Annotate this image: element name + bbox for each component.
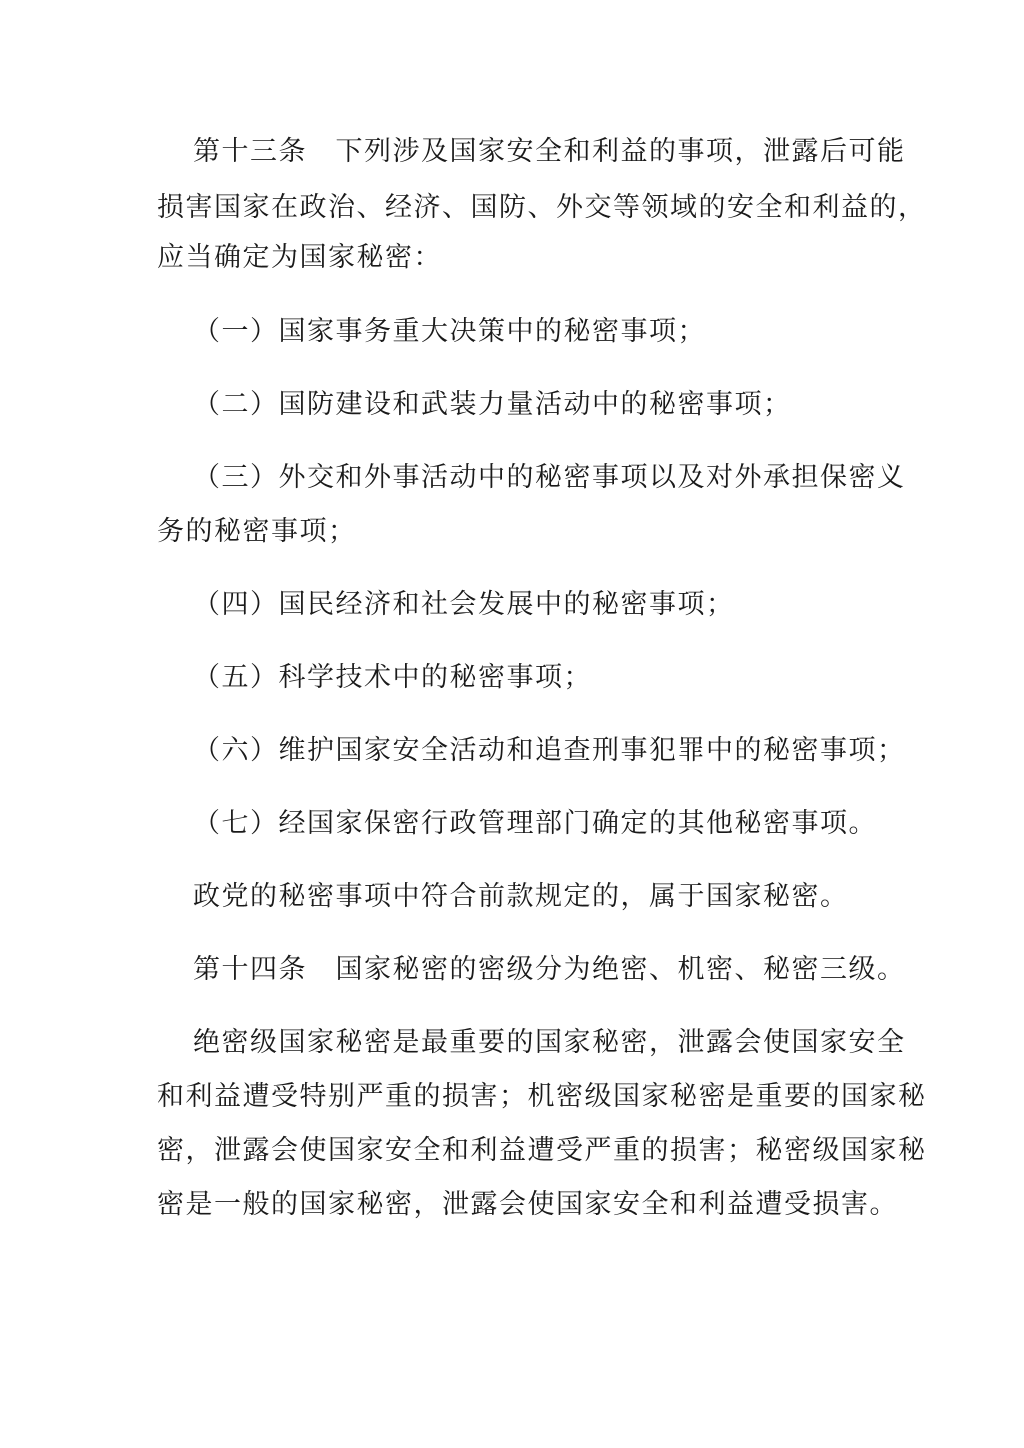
item-3-line-2: 务的秘密事项； (157, 512, 869, 552)
classification-paragraph-line-4: 密是一般的国家秘密，泄露会使国家安全和利益遭受损害。 (157, 1185, 869, 1225)
party-secrets-paragraph: 政党的秘密事项中符合前款规定的，属于国家秘密。 (193, 877, 905, 917)
item-5: （五）科学技术中的秘密事项； (193, 658, 905, 698)
classification-paragraph-line-2: 和利益遭受特别严重的损害；机密级国家秘密是重要的国家秘 (157, 1077, 869, 1117)
article-13-line-3: 应当确定为国家秘密： (157, 238, 869, 278)
item-6: （六）维护国家安全活动和追查刑事犯罪中的秘密事项； (193, 731, 905, 771)
classification-paragraph-line-1: 绝密级国家秘密是最重要的国家秘密，泄露会使国家安全 (193, 1023, 905, 1063)
item-4: （四）国民经济和社会发展中的秘密事项； (193, 585, 905, 625)
article-14-heading: 第十四条 国家秘密的密级分为绝密、机密、秘密三级。 (193, 950, 905, 990)
item-7: （七）经国家保密行政管理部门确定的其他秘密事项。 (193, 804, 905, 844)
article-13-line-1: 第十三条 下列涉及国家安全和利益的事项，泄露后可能 (193, 132, 905, 172)
item-1: （一）国家事务重大决策中的秘密事项； (193, 312, 905, 352)
item-2: （二）国防建设和武装力量活动中的秘密事项； (193, 385, 905, 425)
item-3-line-1: （三）外交和外事活动中的秘密事项以及对外承担保密义 (193, 458, 905, 498)
classification-paragraph-line-3: 密，泄露会使国家安全和利益遭受严重的损害；秘密级国家秘 (157, 1131, 869, 1171)
document-page: 第十三条 下列涉及国家安全和利益的事项，泄露后可能 损害国家在政治、经济、国防、… (0, 0, 1024, 1448)
article-13-line-2: 损害国家在政治、经济、国防、外交等领域的安全和利益的， (157, 188, 869, 228)
